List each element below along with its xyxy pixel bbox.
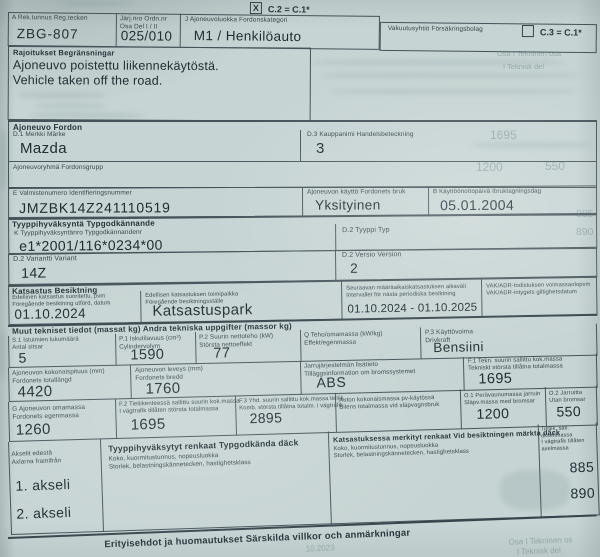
ghost-mass-value: 550: [545, 159, 565, 173]
fuel-value: Bensiini: [433, 339, 484, 355]
prev-inspection-date-value: 01.10.2024: [14, 306, 86, 322]
width-value: 1760: [145, 380, 180, 398]
vin-label: E Valmistenumero Identifieringsnummer: [13, 189, 132, 197]
first-registration-label: B Käyttöönottopäivä Ibruktagningsdag: [433, 188, 541, 196]
vehicle-category-value: M1 / Henkilöauto: [194, 28, 302, 44]
scan-smudge: [32, 112, 144, 119]
model-label: D.3 Kauppanimi Handelsbeteckning: [307, 131, 414, 139]
ghost-mass-value: 1695: [490, 128, 517, 142]
divider: [302, 187, 304, 217]
scan-smudge: [322, 73, 580, 78]
o2-value: 550: [556, 403, 581, 420]
scan-smudge: [62, 1, 134, 6]
ghost-backside-text: Osa I Tekninen os: [508, 535, 572, 546]
combo-mass-label: Auton kokonaismassa pv-käytössä Bilens t…: [339, 395, 440, 412]
vehicle-use-value: Yksityinen: [315, 197, 381, 212]
brakes-value: ABS: [316, 374, 346, 391]
ghost-date-text: 10.2023: [306, 543, 335, 553]
f1-value: 1695: [478, 371, 512, 388]
axle-2-label: 2. akseli: [16, 504, 71, 522]
restriction-line-2: Vehicle taken off the road.: [13, 73, 163, 88]
scan-smudge: [36, 103, 106, 108]
axle-1-label: 1. akseli: [15, 476, 70, 494]
scan-smudge: [312, 60, 562, 65]
divider: [428, 186, 430, 216]
next-inspection-interval-value: 01.10.2024 - 01.10.2025: [347, 302, 477, 316]
vin-value: JMZBK14Z241110519: [19, 199, 171, 216]
c2-checkbox: X: [250, 2, 262, 14]
displacement-value: 1590: [130, 347, 164, 364]
type-label: D.2 Tyyppi Typ: [342, 227, 390, 236]
restriction-line-1: Ajoneuvo poistettu liikennekäytöstä.: [13, 58, 219, 73]
divider: [335, 224, 337, 251]
order-number-value: 025/010: [121, 28, 173, 44]
power-label: P.2 Suurin nettoteho (kW) Största nettoe…: [199, 332, 273, 349]
ghost-backside-text: Osa I Tekninen osa: [497, 49, 561, 58]
power-mass-label: Q Teho/omamassa (kW/kg) Effekt/egenmassa: [304, 330, 383, 347]
adr-certificate-label: VAK/ADR-todistuksen voimassaolopvm VAK/A…: [486, 282, 591, 298]
ghost-backside-text: I Teknisk del: [517, 546, 561, 557]
scan-smudge: [330, 89, 578, 94]
curb-mass-value: 1260: [16, 421, 51, 439]
vehicle-use-label: Ajoneuvon käyttö Fordonets bruk: [307, 188, 406, 196]
registration-certificate-scan: X C.2 = C.1* C.3 = C.1* A Rek.tunnus Reg…: [0, 0, 600, 557]
divider: [300, 130, 301, 161]
scan-smudge: [472, 142, 590, 148]
version-value: 2: [350, 261, 358, 276]
scan-smudge: [0, 330, 6, 380]
ghost-axle-mass: 885: [576, 208, 594, 220]
approval-number-value: e1*2001/116*0234*00: [19, 237, 163, 254]
scan-smudge: [500, 470, 570, 510]
prev-inspection-place-value: Katsastuspark: [152, 301, 253, 320]
seats-value: 5: [18, 350, 27, 366]
next-inspection-interval-label: Seuraavan määräaikaiskatsastuksen aikavä…: [346, 284, 466, 300]
length-value: 4420: [17, 383, 52, 401]
reg-number-label: A Rek.tunnus Reg.tecken: [12, 14, 88, 23]
restrictions-title: Rajoitukset Begränsningar: [13, 48, 115, 58]
scan-smudge: [18, 92, 106, 98]
first-registration-value: 05.01.2004: [440, 197, 514, 213]
version-label: D.2 Versio Version: [342, 251, 401, 260]
f2-value: 1695: [130, 416, 165, 434]
c2-label: C.2 = C.1*: [268, 4, 310, 14]
make-label: D.1 Merkki Märke: [13, 131, 66, 139]
axle-mass-label: Tieliik. sall. akselimassa I vägtrafik t…: [541, 424, 598, 453]
type-approval-title: Tyyppihyväksyntä Typgodkännande: [12, 219, 155, 229]
ghost-mass-value: 1200: [476, 160, 503, 174]
scan-smudge: [0, 130, 7, 190]
ghost-axle-mass: 890: [576, 226, 594, 238]
variant-value: 14Z: [21, 265, 47, 281]
o1-value: 1200: [476, 405, 509, 422]
divider: [8, 161, 597, 162]
vehicle-group-label: Ajoneuvoryhmä Fordonsgrupp: [13, 164, 103, 172]
variant-label: D.2 Variantti Variant: [13, 255, 77, 264]
vehicle-category-label: J Ajoneuvoluokka Fordonskategori: [185, 16, 288, 25]
insurance-label: Vakuutusyhtiö Försäkringsbolag: [388, 25, 483, 34]
f3-value: 2895: [249, 409, 282, 426]
power-value: 77: [213, 345, 230, 361]
axles-label: Akselit edestä Axlarna framifrån: [11, 449, 61, 466]
curb-mass-label: G Ajoneuvon omamassa Fordonets egenmassa: [12, 404, 85, 422]
reg-number-value: ZBG-807: [17, 26, 79, 42]
make-value: Mazda: [20, 140, 67, 157]
model-value: 3: [316, 140, 325, 157]
